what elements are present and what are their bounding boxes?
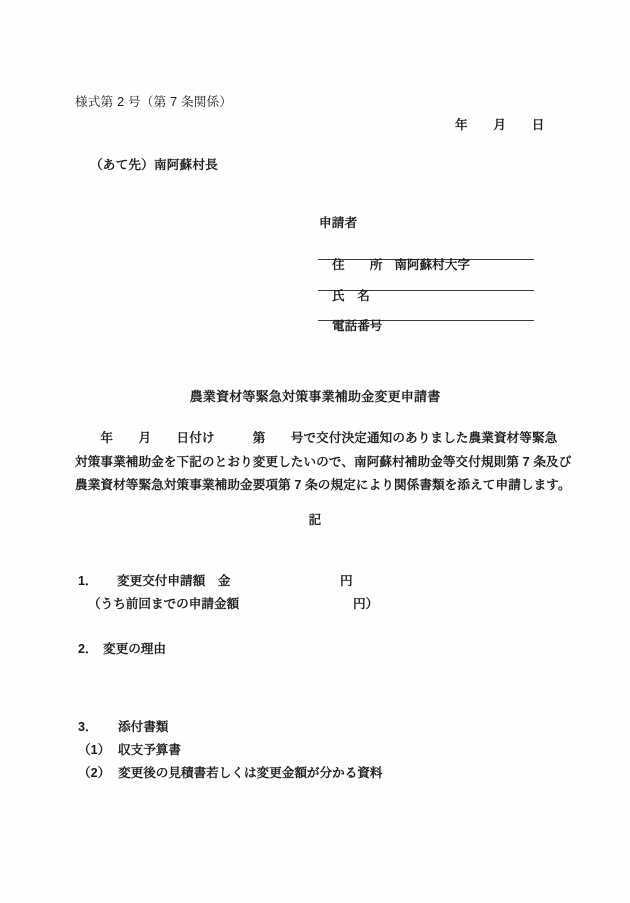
item-1-number: 1． xyxy=(78,570,98,589)
applicant-heading: 申請者 xyxy=(319,215,357,231)
body-line-3: 農業資材等緊急対策事業補助金要項第 7 条の規定により関係書類を添えて申請します… xyxy=(75,474,575,498)
name-field: 氏 名 xyxy=(318,271,534,291)
attachment-2-number: （2） xyxy=(78,762,110,781)
item-3-label: 添付書類 xyxy=(118,716,168,735)
item-2-number: 2． xyxy=(78,638,98,657)
item-1-unit: 円 xyxy=(340,570,353,589)
document-page: 様式第 2 号（第 7 条関係） 年 月 日 （あて先）南阿蘇村長 申請者 住 … xyxy=(0,0,630,903)
attachment-1-row: （1） 収支予算書 xyxy=(78,739,558,757)
document-title: 農業資材等緊急対策事業補助金変更申請書 xyxy=(190,389,441,405)
phone-field: 電話番号 xyxy=(318,301,534,321)
address-value: 南阿蘇村大字 xyxy=(394,258,470,272)
address-field: 住 所南阿蘇村大字 xyxy=(318,240,534,260)
item-3-number: 3． xyxy=(78,716,98,735)
body-line-2: 対策事業補助金を下記のとおり変更したいので、南阿蘇村補助金等交付規則第 7 条及… xyxy=(75,451,575,475)
addressee: （あて先）南阿蘇村長 xyxy=(90,157,218,173)
body-line-1: 年 月 日付け 第 号で交付決定通知のありました農業資材等緊急 xyxy=(75,427,575,451)
phone-label: 電話番号 xyxy=(332,319,382,333)
form-number: 様式第 2 号（第 7 条関係） xyxy=(75,94,232,110)
item-1-amount-row: 1． 変更交付申請額 金 円 xyxy=(78,570,558,588)
item-2-reason-row: 2． 変更の理由 xyxy=(78,638,558,656)
item-3-attachments-row: 3． 添付書類 xyxy=(78,716,558,734)
attachment-1-number: （1） xyxy=(78,739,110,758)
body-paragraph: 年 月 日付け 第 号で交付決定通知のありました農業資材等緊急 対策事業補助金を… xyxy=(75,427,575,498)
item-1-previous-amount-row: （うち前回までの申請金額 円） xyxy=(88,593,568,611)
attachment-2-row: （2） 変更後の見積書若しくは変更金額が分かる資料 xyxy=(78,762,558,780)
item-1-label: 変更交付申請額 金 xyxy=(117,570,230,589)
item-1-sub-label: （うち前回までの申請金額 xyxy=(88,593,239,612)
address-label: 住 所 xyxy=(332,258,382,272)
attachment-2-label: 変更後の見積書若しくは変更金額が分かる資料 xyxy=(118,762,382,781)
date-line: 年 月 日 xyxy=(455,117,545,133)
record-marker: 記 xyxy=(309,512,322,528)
item-1-sub-unit: 円） xyxy=(353,593,378,612)
attachment-1-label: 収支予算書 xyxy=(118,739,181,758)
item-2-label: 変更の理由 xyxy=(103,638,166,657)
